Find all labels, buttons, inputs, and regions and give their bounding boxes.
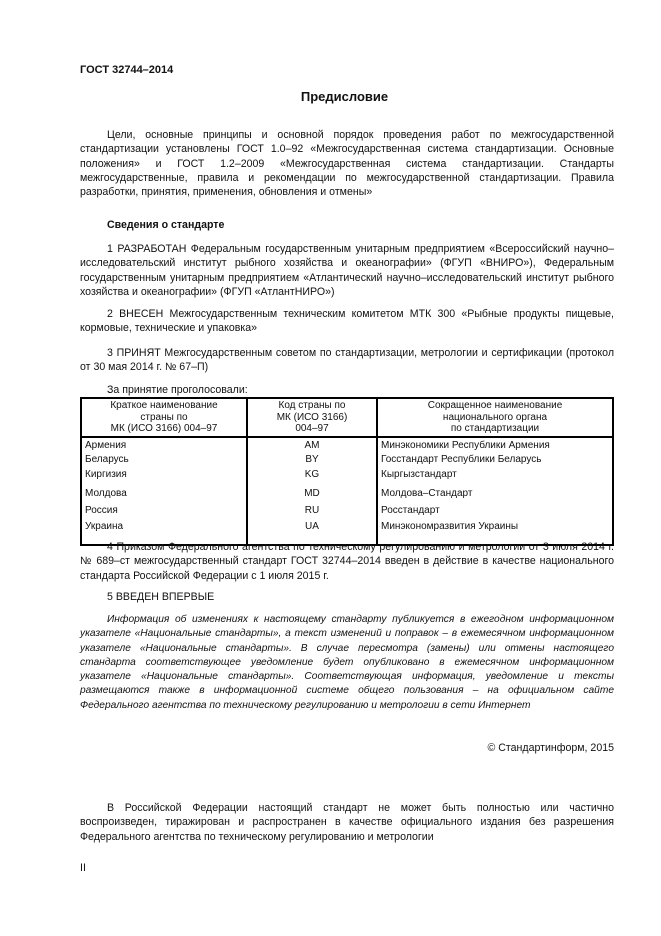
body-cell: Росстандарт (377, 501, 613, 517)
header-country-code: Код страны по МК (ИСО 3166) 004–97 (247, 398, 377, 437)
vote-label: За принятие проголосовали: (80, 384, 614, 396)
changes-notice-text: Информация об изменениях к настоящему ст… (80, 613, 614, 713)
item-1: 1 РАЗРАБОТАН Федеральным государственным… (80, 242, 614, 299)
country-cell: Беларусь (81, 454, 247, 469)
header-country-name: Краткое наименование страны по МК (ИСО 3… (81, 398, 247, 437)
header-line: по стандартизации (380, 423, 610, 435)
code-cell: MD (247, 485, 377, 501)
body-cell: Госстандарт Республики Беларусь (377, 454, 613, 469)
page-title: Предисловие (0, 89, 661, 104)
header-line: страны по (84, 412, 244, 424)
intro-text: Цели, основные принципы и основной поряд… (80, 128, 614, 199)
table-row: Молдова MD Молдова–Стандарт (81, 485, 613, 501)
vote-table: Краткое наименование страны по МК (ИСО 3… (80, 397, 614, 546)
header-line: Краткое наименование (84, 400, 244, 412)
table-row: Киргизия KG Кыргызстандарт (81, 469, 613, 485)
country-cell: Армения (81, 437, 247, 455)
header-national-body: Сокращенное наименование национального о… (377, 398, 613, 437)
vote-table-header: Краткое наименование страны по МК (ИСО 3… (81, 398, 613, 437)
body-cell: Минэкономики Республики Армения (377, 437, 613, 455)
vote-label-text: За принятие проголосовали: (80, 384, 614, 396)
country-cell: Россия (81, 501, 247, 517)
item-3-text: 3 ПРИНЯТ Межгосударственным советом по с… (80, 346, 614, 375)
country-cell: Киргизия (81, 469, 247, 485)
code-cell: BY (247, 454, 377, 469)
table-row: Россия RU Росстандарт (81, 501, 613, 517)
changes-notice: Информация об изменениях к настоящему ст… (80, 613, 614, 713)
item-3: 3 ПРИНЯТ Межгосударственным советом по с… (80, 346, 614, 375)
header-line: 004–97 (250, 423, 374, 435)
item-5: 5 ВВЕДЕН ВПЕРВЫЕ (80, 590, 614, 604)
intro-paragraph: Цели, основные принципы и основной поряд… (80, 128, 614, 199)
page-number: II (80, 862, 86, 874)
body-cell: Молдова–Стандарт (377, 485, 613, 501)
header-line: МК (ИСО 3166) 004–97 (84, 423, 244, 435)
country-cell: Молдова (81, 485, 247, 501)
document-code: ГОСТ 32744–2014 (80, 64, 173, 76)
section-heading-text: Сведения о стандарте (80, 218, 614, 232)
code-cell: RU (247, 501, 377, 517)
item-4: 4 Приказом Федерального агентства по тех… (80, 540, 614, 583)
reproduction-notice: В Российской Федерации настоящий стандар… (80, 801, 614, 844)
code-cell: AM (247, 437, 377, 455)
item-1-text: 1 РАЗРАБОТАН Федеральным государственным… (80, 242, 614, 299)
table-row: Беларусь BY Госстандарт Республики Белар… (81, 454, 613, 469)
item-4-text: 4 Приказом Федерального агентства по тех… (80, 540, 614, 583)
item-2-text: 2 ВНЕСЕН Межгосударственным техническим … (80, 307, 614, 336)
section-heading: Сведения о стандарте (80, 218, 614, 232)
body-cell: Кыргызстандарт (377, 469, 613, 485)
header-line: Код страны по (250, 400, 374, 412)
table-row: Армения AM Минэкономики Республики Армен… (81, 437, 613, 455)
header-line: Сокращенное наименование (380, 400, 610, 412)
item-2: 2 ВНЕСЕН Межгосударственным техническим … (80, 307, 614, 336)
header-line: национального органа (380, 412, 610, 424)
page-title-text: Предисловие (301, 89, 388, 104)
code-cell: KG (247, 469, 377, 485)
reproduction-notice-text: В Российской Федерации настоящий стандар… (80, 801, 614, 844)
copyright: © Стандартинформ, 2015 (488, 742, 614, 754)
header-line: МК (ИСО 3166) (250, 412, 374, 424)
item-5-text: 5 ВВЕДЕН ВПЕРВЫЕ (80, 590, 614, 604)
